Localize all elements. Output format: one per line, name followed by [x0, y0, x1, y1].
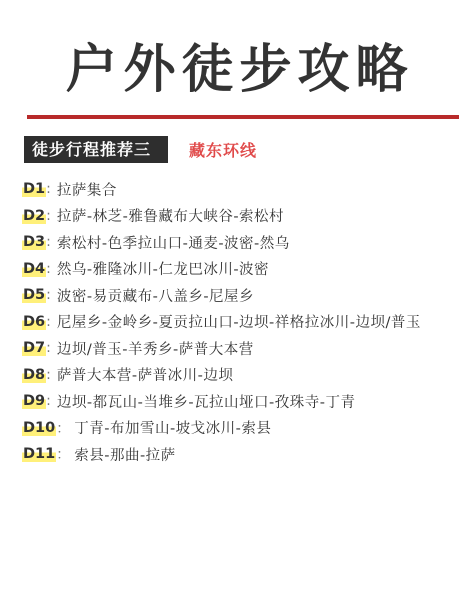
itinerary-day-3: D3:索松村-色季拉山口-通麦-波密-然乌 [22, 229, 459, 256]
itinerary-day-1: D1:拉萨集合 [22, 176, 459, 203]
route-name: 藏东环线 [189, 138, 257, 161]
day-label: D2 [22, 207, 46, 225]
day-colon: : [46, 287, 51, 303]
day-colon: : [46, 181, 51, 197]
day-label: D1 [22, 180, 46, 198]
itinerary-list: D1:拉萨集合 D2:拉萨-林芝-雅鲁藏布大峡谷-索松村 D3:索松村-色季拉山… [22, 176, 459, 468]
day-route: 丁青-布加雪山-坡戈冰川-索县 [74, 417, 271, 438]
day-colon: : [46, 208, 51, 224]
day-colon: : [46, 234, 51, 250]
itinerary-day-9: D9:边坝-都瓦山-当堆乡-瓦拉山垭口-孜珠寺-丁青 [22, 388, 459, 415]
day-label: D9 [22, 392, 46, 410]
day-route: 边坝-都瓦山-当堆乡-瓦拉山垭口-孜珠寺-丁青 [57, 391, 356, 412]
section-label: 徒步行程推荐三 [24, 136, 168, 163]
day-label: D8 [22, 366, 46, 384]
title-divider [27, 115, 459, 119]
itinerary-day-2: D2:拉萨-林芝-雅鲁藏布大峡谷-索松村 [22, 203, 459, 230]
itinerary-day-8: D8:萨普大本营-萨普冰川-边坝 [22, 362, 459, 389]
day-colon: : [46, 314, 51, 330]
day-route: 边坝/普玉-羊秀乡-萨普大本营 [57, 338, 254, 359]
day-label: D5 [22, 286, 46, 304]
day-label: D6 [22, 313, 46, 331]
section-header: 徒步行程推荐三 藏东环线 [24, 136, 257, 163]
day-colon: ： [56, 418, 70, 438]
day-route: 然乌-雅隆冰川-仁龙巴冰川-波密 [57, 258, 269, 279]
itinerary-day-5: D5:波密-易贡藏布-八盖乡-尼屋乡 [22, 282, 459, 309]
day-label: D10 [22, 419, 56, 437]
day-route: 索县-那曲-拉萨 [74, 444, 175, 465]
day-label: D4 [22, 260, 46, 278]
day-route: 拉萨集合 [57, 179, 117, 200]
day-route: 尼屋乡-金岭乡-夏贡拉山口-边坝-祥格拉冰川-边坝/普玉 [57, 311, 421, 332]
itinerary-day-10: D10：丁青-布加雪山-坡戈冰川-索县 [22, 415, 459, 442]
page-title: 户外徒步攻略 [0, 38, 459, 102]
day-route: 波密-易贡藏布-八盖乡-尼屋乡 [57, 285, 254, 306]
itinerary-day-6: D6:尼屋乡-金岭乡-夏贡拉山口-边坝-祥格拉冰川-边坝/普玉 [22, 309, 459, 336]
day-route: 萨普大本营-萨普冰川-边坝 [57, 364, 233, 385]
day-colon: : [46, 367, 51, 383]
day-label: D7 [22, 339, 46, 357]
itinerary-day-4: D4:然乌-雅隆冰川-仁龙巴冰川-波密 [22, 256, 459, 283]
day-route: 索松村-色季拉山口-通麦-波密-然乌 [57, 232, 290, 253]
day-colon: ： [56, 444, 70, 464]
day-colon: : [46, 393, 51, 409]
day-colon: : [46, 261, 51, 277]
day-route: 拉萨-林芝-雅鲁藏布大峡谷-索松村 [57, 205, 284, 226]
day-colon: : [46, 340, 51, 356]
itinerary-day-11: D11：索县-那曲-拉萨 [22, 441, 459, 468]
day-label: D3 [22, 233, 46, 251]
day-label: D11 [22, 445, 56, 463]
itinerary-day-7: D7:边坝/普玉-羊秀乡-萨普大本营 [22, 335, 459, 362]
